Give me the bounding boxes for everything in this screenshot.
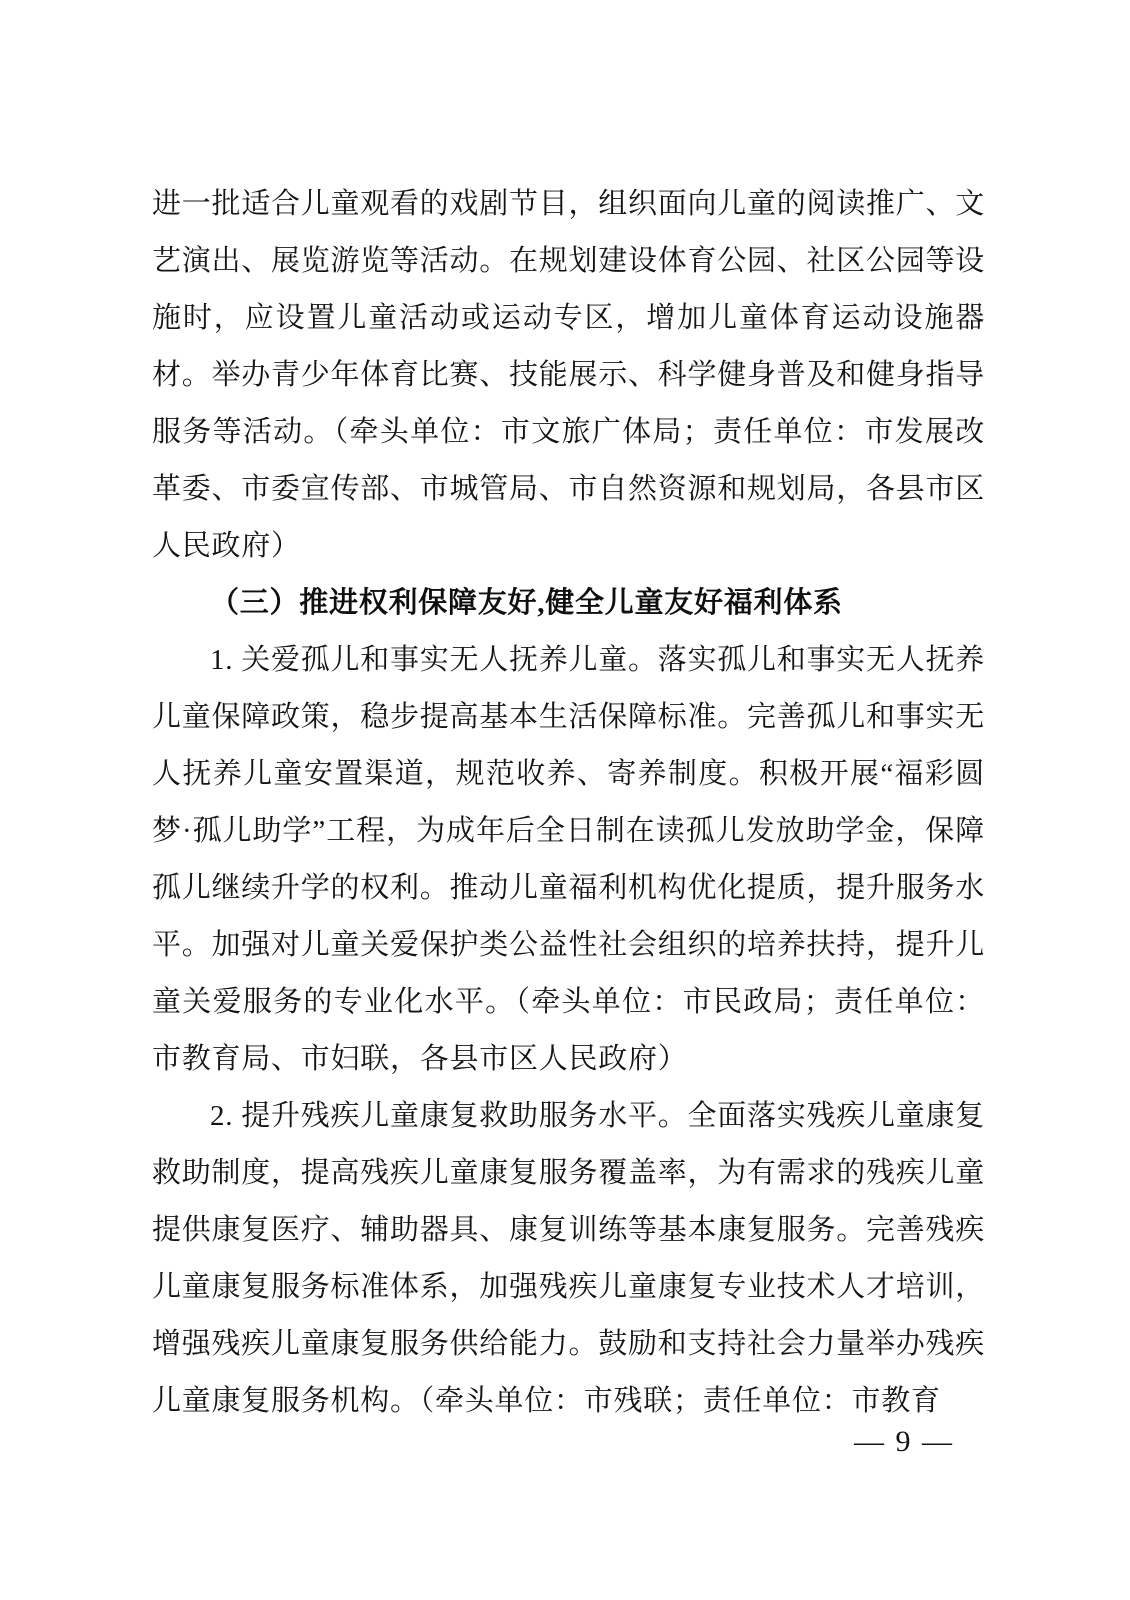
document-body: 进一批适合儿童观看的戏剧节目，组织面向儿童的阅读推广、文艺演出、展览游览等活动。…	[152, 176, 985, 1430]
document-page: 进一批适合儿童观看的戏剧节目，组织面向儿童的阅读推广、文艺演出、展览游览等活动。…	[0, 0, 1130, 1600]
page-number: — 9 —	[854, 1424, 954, 1460]
paragraph-item-1: 1. 关爱孤儿和事实无人抚养儿童。落实孤儿和事实无人抚养儿童保障政策，稳步提高基…	[152, 632, 985, 1088]
paragraph-continuation: 进一批适合儿童观看的戏剧节目，组织面向儿童的阅读推广、文艺演出、展览游览等活动。…	[152, 176, 985, 575]
paragraph-item-2: 2. 提升残疾儿童康复救助服务水平。全面落实残疾儿童康复救助制度，提高残疾儿童康…	[152, 1088, 985, 1430]
section-heading: （三）推进权利保障友好,健全儿童友好福利体系	[152, 575, 985, 632]
